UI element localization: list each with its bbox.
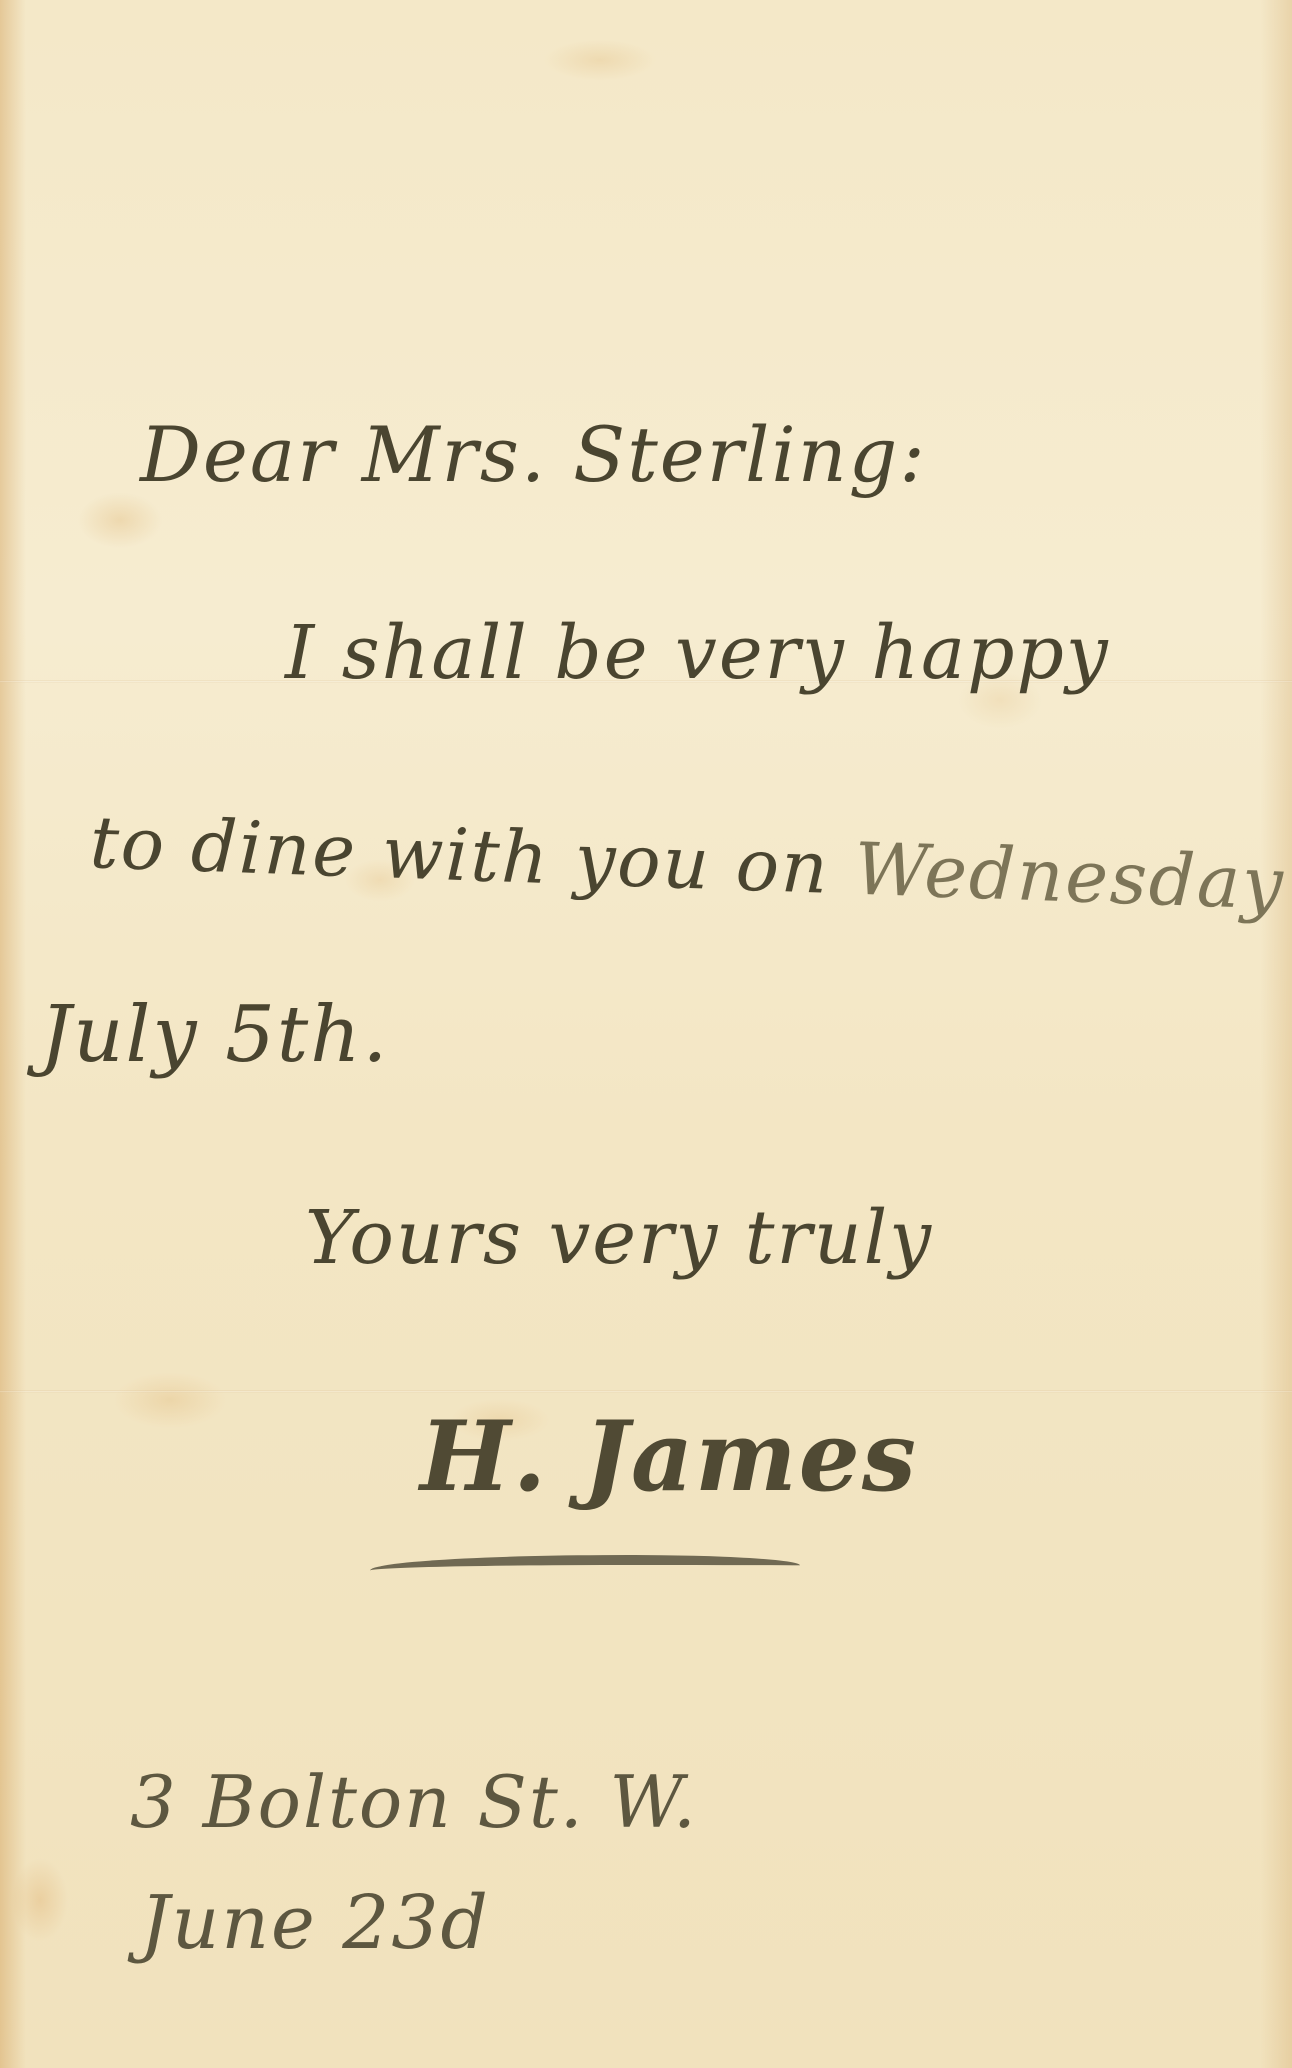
body-line-date: July 5th.	[40, 990, 389, 1080]
salutation: Dear Mrs. Sterling:	[140, 410, 927, 499]
letter-paper: Dear Mrs. Sterling: I shall be very happ…	[0, 0, 1292, 2068]
signature: H. James	[420, 1400, 918, 1513]
body-line-2-weekday: Wednesday	[853, 827, 1286, 926]
body-line-2-text: to dine with you on	[89, 800, 831, 910]
letter-date: June 23d	[140, 1880, 490, 1966]
sender-address: 3 Bolton St. W.	[130, 1760, 698, 1844]
paper-fold-line	[0, 1390, 1292, 1393]
body-line-2: to dine with you on Wednesday	[89, 800, 1287, 926]
body-line-1: I shall be very happy	[285, 610, 1110, 696]
signature-flourish	[370, 1555, 800, 1581]
closing: Yours very truly	[305, 1195, 933, 1281]
